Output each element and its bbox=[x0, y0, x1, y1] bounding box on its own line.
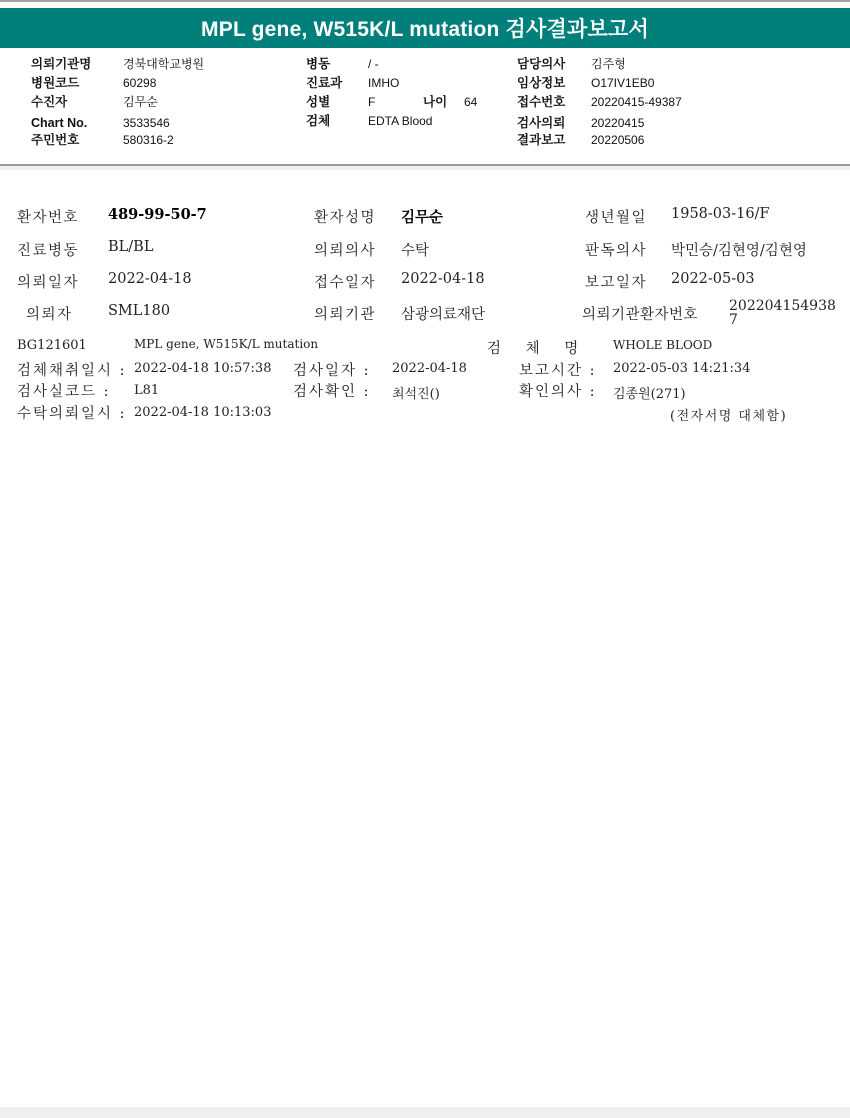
patient-value: 수탁 bbox=[401, 239, 429, 260]
header-value: 20220415-49387 bbox=[591, 93, 682, 112]
header-label: 접수번호 bbox=[517, 93, 565, 112]
patient-value: 2022-04-18 bbox=[108, 271, 192, 287]
patient-label: 판독의사 bbox=[585, 239, 647, 260]
patient-value: 202204154938 bbox=[729, 300, 836, 313]
patient-label: 접수일자 bbox=[314, 271, 376, 292]
header-label: 담당의사 bbox=[517, 55, 565, 74]
patient-label: 생년월일 bbox=[585, 206, 647, 227]
header-value: IMHO bbox=[368, 74, 399, 93]
test-code: BG121601 bbox=[17, 338, 87, 353]
section-divider-band bbox=[0, 166, 850, 170]
header-value: / - bbox=[368, 55, 379, 74]
confirm-doctor-label: 확인의사 : bbox=[519, 380, 597, 401]
patient-value: SML180 bbox=[108, 303, 170, 319]
patient-name: 김무순 bbox=[401, 206, 443, 227]
header-value: 580316-2 bbox=[123, 131, 174, 150]
patient-label: 보고일자 bbox=[585, 271, 647, 292]
outsource-value: 2022-04-18 10:13:03 bbox=[134, 405, 271, 420]
header-label: 임상정보 bbox=[517, 74, 565, 93]
outsource-label: 수탁의뢰일시 : bbox=[17, 402, 127, 423]
header-value: O17IV1EB0 bbox=[591, 74, 654, 93]
test-date-value: 2022-04-18 bbox=[392, 361, 467, 376]
test-name: MPL gene, W515K/L mutation bbox=[134, 337, 318, 351]
patient-value: 1958-03-16/F bbox=[671, 206, 770, 222]
header-label: 병동 bbox=[306, 55, 330, 74]
specimen-value: WHOLE BLOOD bbox=[613, 338, 712, 352]
lab-code-label: 검사실코드 : bbox=[17, 380, 111, 401]
patient-label: 진료병동 bbox=[17, 239, 79, 260]
header-value: EDTA Blood bbox=[368, 112, 432, 131]
lab-code-value: L81 bbox=[134, 383, 159, 398]
header-label: 병원코드 bbox=[31, 74, 79, 93]
patient-label: 의뢰기관환자번호 bbox=[582, 303, 698, 324]
patient-label: 의뢰의사 bbox=[314, 239, 376, 260]
header-label: 성별 bbox=[306, 93, 330, 112]
header-info: 의뢰기관명 경북대학교병원 병원코드 60298 수진자 김무순 Chart N… bbox=[0, 0, 850, 160]
patient-value: 2022-04-18 bbox=[401, 271, 485, 287]
header-label: 결과보고 bbox=[517, 131, 565, 150]
test-date-label: 검사일자 : bbox=[293, 359, 371, 380]
collect-label: 검체채취일시 : bbox=[17, 359, 127, 380]
patient-value: 박민승/김현영/김현영 bbox=[671, 239, 807, 260]
header-label: 검체 bbox=[306, 112, 330, 131]
specimen-label: 검 체 명 bbox=[487, 337, 588, 358]
patient-label: 환자성명 bbox=[314, 206, 376, 227]
patient-label: 환자번호 bbox=[17, 206, 79, 227]
age-value: 64 bbox=[464, 93, 477, 112]
confirm-doctor-value: 김종원(271) bbox=[613, 383, 686, 402]
header-label: 의뢰기관명 bbox=[31, 55, 91, 74]
patient-value: BL/BL bbox=[108, 239, 153, 255]
footer-band bbox=[0, 1107, 850, 1118]
header-value: 60298 bbox=[123, 74, 156, 93]
header-value: 20220506 bbox=[591, 131, 644, 150]
patient-label: 의뢰기관 bbox=[314, 303, 376, 324]
patient-number: 489-99-50-7 bbox=[108, 206, 207, 223]
header-value: F bbox=[368, 93, 375, 112]
patient-value: 삼광의료재단 bbox=[401, 303, 485, 324]
header-label: 진료과 bbox=[306, 74, 342, 93]
report-time-label: 보고시간 : bbox=[519, 359, 597, 380]
test-confirm-value: 최석진() bbox=[392, 383, 440, 402]
patient-label: 의뢰일자 bbox=[17, 271, 79, 292]
header-value: 김주형 bbox=[591, 55, 626, 74]
header-value: 경북대학교병원 bbox=[123, 55, 204, 74]
esign-note: (전자서명 대체함) bbox=[670, 405, 787, 424]
collect-value: 2022-04-18 10:57:38 bbox=[134, 361, 271, 376]
patient-value: 2022-05-03 bbox=[671, 271, 755, 287]
report-time-value: 2022-05-03 14:21:34 bbox=[613, 361, 750, 376]
header-label: 주민번호 bbox=[31, 131, 79, 150]
header-label: 수진자 bbox=[31, 93, 67, 112]
age-label: 나이 bbox=[423, 93, 447, 112]
test-confirm-label: 검사확인 : bbox=[293, 380, 371, 401]
header-value: 김무순 bbox=[123, 93, 158, 112]
patient-label: 의뢰자 bbox=[26, 303, 73, 324]
patient-value: 7 bbox=[729, 314, 738, 327]
